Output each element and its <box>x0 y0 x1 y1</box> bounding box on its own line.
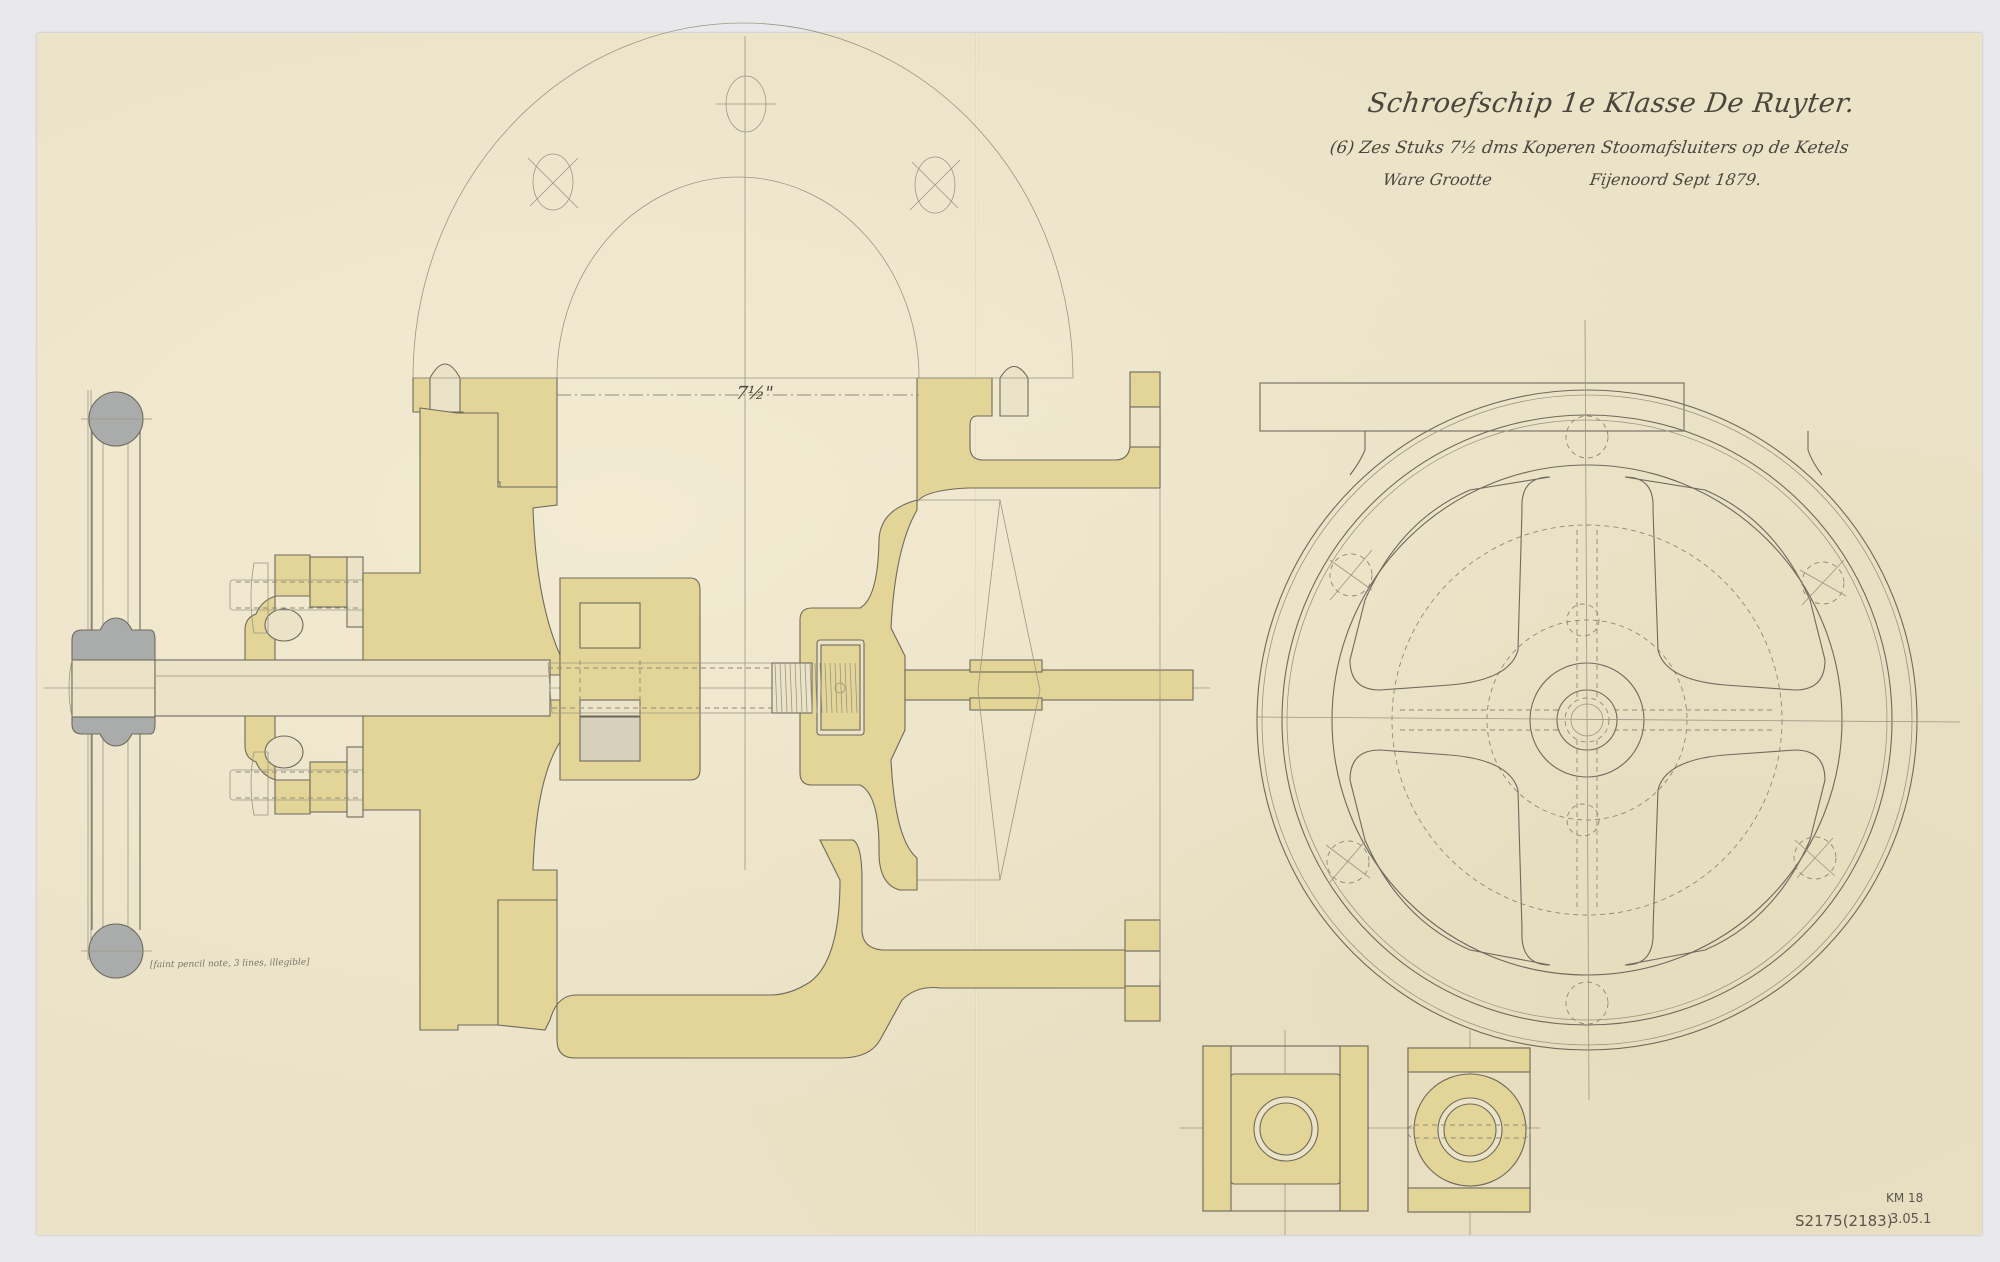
stage: Schroefschip 1e Klasse De Ruyter. (6) Ze… <box>0 0 2000 1262</box>
inventory-number: S2175(2183) <box>1795 1212 1893 1230</box>
gland-nut-detail-right <box>1380 1030 1540 1235</box>
valve-end-view <box>1256 320 1960 1100</box>
drawing-title: Schroefschip 1e Klasse De Ruyter. <box>1366 88 1857 119</box>
technical-drawing <box>0 0 2000 1262</box>
shelf-mark: 3.05.1 <box>1890 1212 1931 1227</box>
collection-code: KM 18 <box>1886 1191 1923 1205</box>
drawing-scale: Ware Grootte <box>1382 170 1493 189</box>
drawing-place-date: Fijenoord Sept 1879. <box>1589 170 1763 189</box>
gland-nut-detail-left <box>1180 1030 1380 1235</box>
handwheel-side-view <box>69 390 155 978</box>
drawing-subtitle: (6) Zes Stuks 7½ dms Koperen Stoomafslui… <box>1329 138 1850 158</box>
dimension-label: 7½" <box>735 383 775 404</box>
